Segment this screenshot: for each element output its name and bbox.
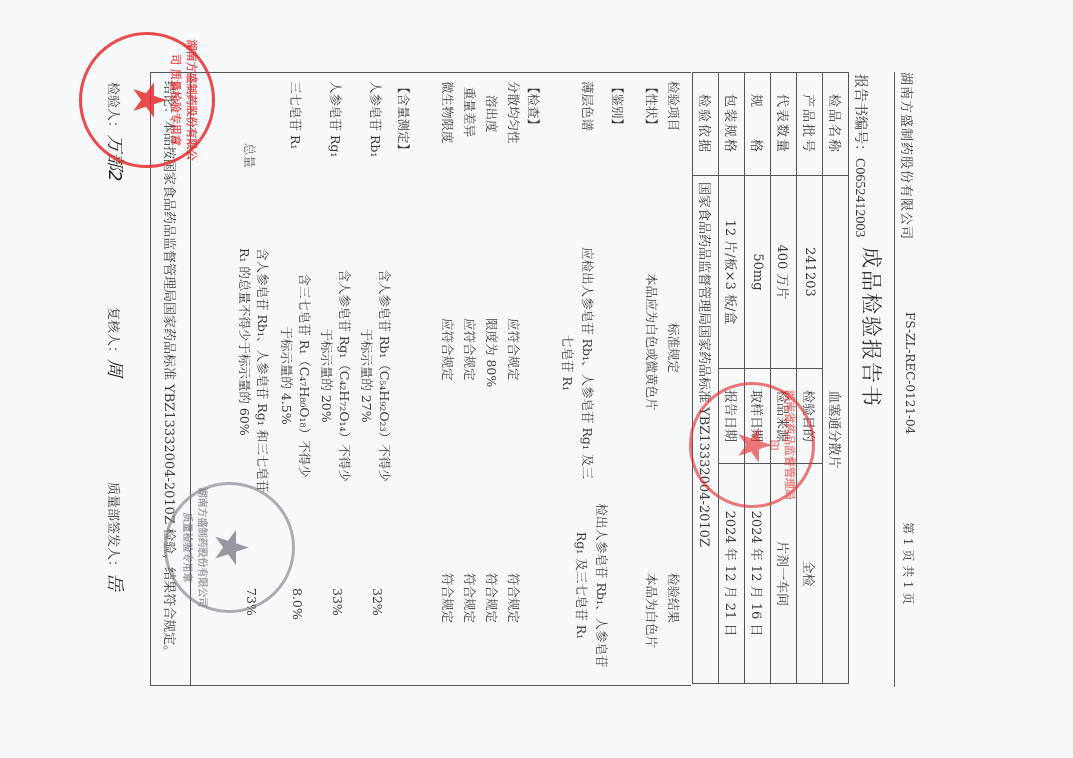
product-info-table: 检品名称 血塞通分散片 产品批号 241203 检验目的 全检 代表数量 400… [692,72,849,684]
basis-value: 国家食品药品监督管理局国家药品标准 YBZ13332004-2010Z [693,176,719,684]
company-name: 湖南方盛制药股份有限公司 [898,72,917,240]
rg1-standard: 含人参皂苷 Rg₁（C₄₂H₇₂O₁₄）不得少于标示量的 20% [317,268,353,483]
report-title: 成品检验报告书 [857,247,887,408]
product-name: 血塞通分散片 [823,176,849,684]
reviewer-label: 复核人： [105,307,120,359]
package-value: 12 片/板×3 板/盒 [719,176,745,369]
reviewer-signature-mark: 周 [104,359,125,377]
form-code: FS-ZL-REC-0121-04 [903,312,917,434]
report-date-value: 2024 年 12 月 21 日 [719,464,745,684]
r1-standard: 含三七皂苷 R₁（C₄₇H₈₀O₁₈）不得少于标示量的 4.5% [277,268,313,483]
report-number: 报告书编号：C0652412003 [851,74,871,237]
tlc-standard: 应检出人参皂苷 Rb₁、人参皂苷 Rg₁ 及三七皂苷 R₁ [557,243,597,483]
section-title-identification: 【鉴别】 [609,81,627,131]
rg1-item: 人参皂苷 Rg₁ [327,81,345,157]
results-section: 检验项目 标准规定 检验结果 【性状】 本品应为白色或微黄色片 本品为白色片 【… [190,72,691,686]
dispersion-standard: 应符合规定 [505,318,523,381]
conclusion-text: 结论：本品按国家食品药品监督管理局国家药品标准 YBZ13332004-2010… [161,81,180,658]
basis-label: 检验依据 [693,73,719,176]
rg1-result: 33% [330,588,345,616]
dissolution-item: 溶出度 [483,95,501,133]
report-date-label: 报告日期 [719,369,745,464]
total-standard: 含人参皂苷 Rb₁、人参皂苷 Rg₁ 和三七皂苷 R₁ 的总量不得少于标示量的 … [235,248,271,493]
weight-variation-result: 符合规定 [461,573,479,623]
reviewer-signature: 复核人：周 [103,307,129,377]
product-name-label: 检品名称 [823,73,849,176]
batch-label: 产品批号 [797,73,823,176]
col-header-result: 检验结果 [665,573,683,623]
sampling-date-value: 2024 年 12 月 16 日 [745,464,771,684]
section-title-appearance: 【性状】 [643,81,661,131]
report-number-value: C0652412003 [852,158,867,237]
approver-signature-mark: 岳 [104,573,125,591]
quantity-value: 400 万片 [771,176,797,369]
dispersion-item: 分散均匀性 [505,81,523,144]
batch-value: 241203 [797,176,823,369]
dissolution-result: 符合规定 [483,573,501,623]
page-info: 第 1 页 共 1 页 [900,522,917,604]
source-value: 片剂一车间 [771,464,797,684]
inspector-signature-mark: 万部2 [104,134,125,181]
r1-result: 8.0% [290,588,305,620]
appearance-result: 本品为白色片 [643,573,661,648]
purpose-value: 全检 [797,464,823,684]
report-number-label: 报告书编号： [852,74,867,158]
header-divider [894,72,895,687]
quantity-label: 代表数量 [771,73,797,176]
approver-signature: 质量部签发人：岳 [103,482,129,591]
purpose-label: 检验目的 [797,369,823,464]
weight-variation-standard: 应符合规定 [461,318,479,381]
col-header-standard: 标准规定 [665,323,683,373]
inspector-label: 检验人： [105,82,120,134]
approver-label: 质量部签发人： [105,482,120,573]
spec-value: 50mg [745,176,771,369]
r1-item: 三七皂苷 R₁ [287,81,305,149]
inspector-signature: 检验人：万部2 [103,82,129,181]
package-label: 包装规格 [719,73,745,176]
conclusion-box: 结论：本品按国家食品药品监督管理局国家药品标准 YBZ13332004-2010… [150,72,191,686]
weight-variation-item: 重量差异 [461,87,479,137]
rb1-standard: 含人参皂苷 Rb₁（C₅₄H₉₂O₂₃）不得少于标示量的 27% [357,268,393,483]
microbial-limit-item: 微生物限度 [439,81,457,144]
rb1-item: 人参皂苷 Rb₁ [367,81,385,157]
sampling-date-label: 取样日期 [745,369,771,464]
total-result: 73% [244,588,259,616]
col-header-item: 检验项目 [665,81,683,131]
appearance-standard: 本品应为白色或微黄色片 [643,273,661,411]
tlc-item: 薄层色谱 [579,81,597,131]
section-title-inspection: 【检查】 [525,81,543,131]
source-label: 检品来源 [771,369,797,464]
microbial-limit-standard: 应符合规定 [439,318,457,381]
microbial-limit-result: 符合规定 [439,573,457,623]
rb1-result: 32% [370,588,385,616]
section-title-assay: 【含量测定】 [395,81,413,156]
dispersion-result: 符合规定 [505,573,523,623]
spec-label: 规 格 [745,73,771,176]
inspection-report: 湖南方盛制药股份有限公司 FS-ZL-REC-0121-04 第 1 页 共 1… [55,62,935,702]
dissolution-standard: 限度为 80% [483,318,501,387]
tlc-result: 检出人参皂苷 Rb₁、人参皂苷 Rg₁ 及三七皂苷 R₁ [571,493,611,678]
total-item: 总量 [241,143,259,168]
